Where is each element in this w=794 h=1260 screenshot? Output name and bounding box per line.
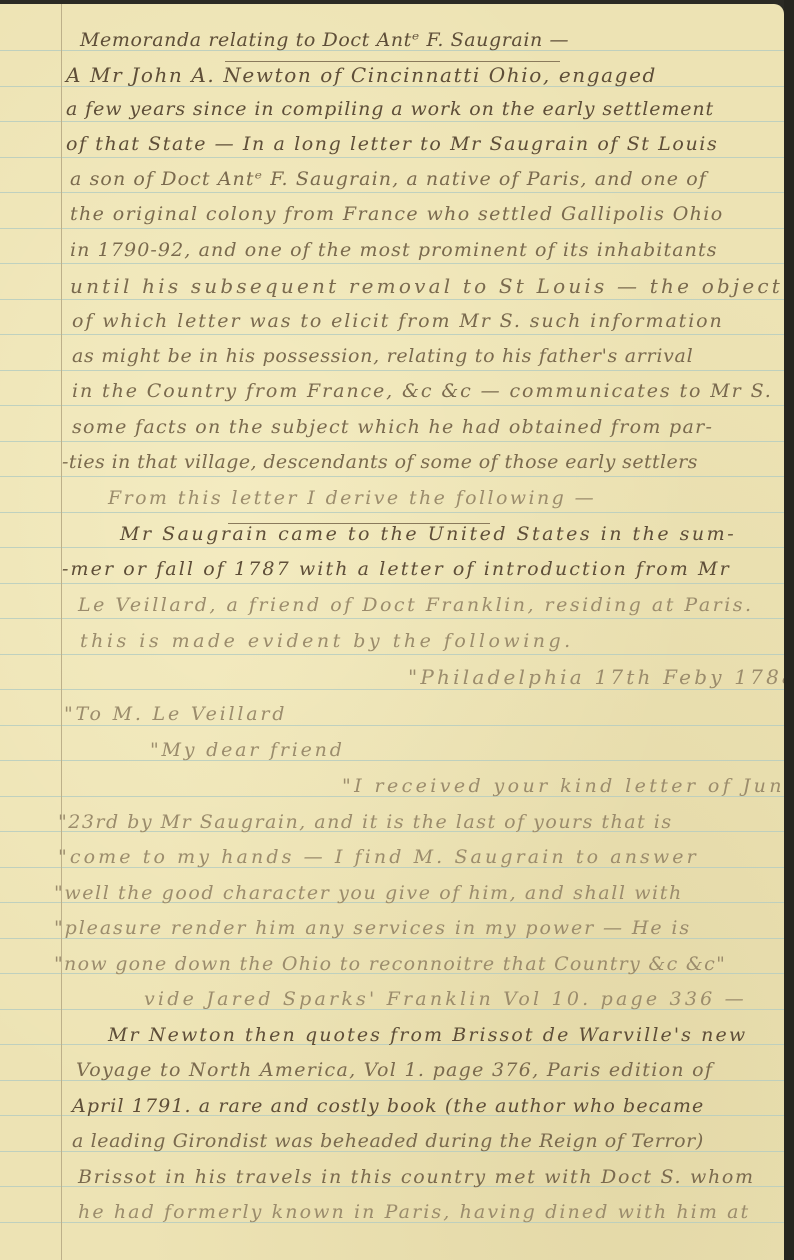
text-line: a few years since in compiling a work on… bbox=[66, 100, 714, 119]
text-line: April 1791. a rare and costly book (the … bbox=[72, 1097, 704, 1116]
text-line: "come to my hands — I find M. Saugrain t… bbox=[58, 848, 699, 867]
text-line: as might be in his possession, relating … bbox=[72, 347, 693, 366]
text-line: "well the good character you give of him… bbox=[54, 884, 683, 903]
text-line: of which letter was to elicit from Mr S.… bbox=[72, 312, 724, 331]
binding-edge bbox=[784, 0, 794, 1260]
text-line: Mr Saugrain came to the United States in… bbox=[120, 525, 736, 544]
ruled-line bbox=[0, 547, 784, 548]
ruled-line bbox=[0, 441, 784, 442]
text-line: until his subsequent removal to St Louis… bbox=[70, 276, 783, 296]
text-line: A Mr John A. Newton of Cincinnatti Ohio,… bbox=[66, 65, 657, 85]
ruled-line bbox=[0, 512, 784, 513]
text-line: "23rd by Mr Saugrain, and it is the last… bbox=[58, 813, 673, 832]
ruled-line bbox=[0, 263, 784, 264]
text-line: Le Veillard, a friend of Doct Franklin, … bbox=[78, 596, 754, 615]
text-line: in the Country from France, &c &c — comm… bbox=[72, 382, 773, 401]
ruled-line bbox=[0, 689, 784, 690]
ruled-line bbox=[0, 121, 784, 122]
ruled-line bbox=[0, 370, 784, 371]
text-line: From this letter I derive the following … bbox=[108, 489, 596, 508]
text-line: a son of Doct Antᵉ F. Saugrain, a native… bbox=[70, 170, 707, 189]
ruled-line bbox=[0, 299, 784, 300]
text-line: -mer or fall of 1787 with a letter of in… bbox=[62, 560, 731, 579]
text-line: some facts on the subject which he had o… bbox=[72, 418, 713, 437]
margin-line bbox=[61, 4, 62, 1260]
title-underline bbox=[225, 61, 560, 62]
text-line: this is made evident by the following. bbox=[80, 632, 574, 651]
ruled-line bbox=[0, 618, 784, 619]
text-line: Voyage to North America, Vol 1. page 376… bbox=[76, 1061, 713, 1080]
text-line: "To M. Le Veillard bbox=[64, 705, 287, 724]
ruled-line bbox=[0, 760, 784, 761]
text-line: -ties in that village, descendants of so… bbox=[62, 453, 698, 472]
ruled-line bbox=[0, 476, 784, 477]
text-line: Brissot in his travels in this country m… bbox=[78, 1168, 755, 1187]
ruled-line bbox=[0, 654, 784, 655]
text-line: Mr Newton then quotes from Brissot de Wa… bbox=[108, 1026, 747, 1045]
title-line: Memoranda relating to Doct Antᵉ F. Saugr… bbox=[80, 31, 569, 50]
text-line: "I received your kind letter of June bbox=[342, 777, 784, 796]
ruled-line bbox=[0, 583, 784, 584]
text-line: "now gone down the Ohio to reconnoitre t… bbox=[54, 955, 726, 974]
text-line: of that State — In a long letter to Mr S… bbox=[66, 135, 718, 154]
ruled-line bbox=[0, 725, 784, 726]
text-line: the original colony from France who sett… bbox=[70, 205, 724, 224]
ruled-line bbox=[0, 228, 784, 229]
text-line: in 1790-92, and one of the most prominen… bbox=[70, 241, 718, 260]
manuscript-page: Memoranda relating to Doct Antᵉ F. Saugr… bbox=[0, 4, 784, 1260]
ruled-line bbox=[0, 192, 784, 193]
text-line: vide Jared Sparks' Franklin Vol 10. page… bbox=[144, 990, 747, 1009]
text-line: a leading Girondist was beheaded during … bbox=[72, 1132, 704, 1151]
text-line: "pleasure render him any services in my … bbox=[54, 919, 691, 938]
ruled-line bbox=[0, 334, 784, 335]
ruled-line bbox=[0, 405, 784, 406]
text-line: he had formerly known in Paris, having d… bbox=[78, 1203, 750, 1222]
ruled-line bbox=[0, 157, 784, 158]
text-line: "Philadelphia 17th Feby 1788 bbox=[408, 667, 784, 687]
text-line: "My dear friend bbox=[150, 741, 345, 760]
